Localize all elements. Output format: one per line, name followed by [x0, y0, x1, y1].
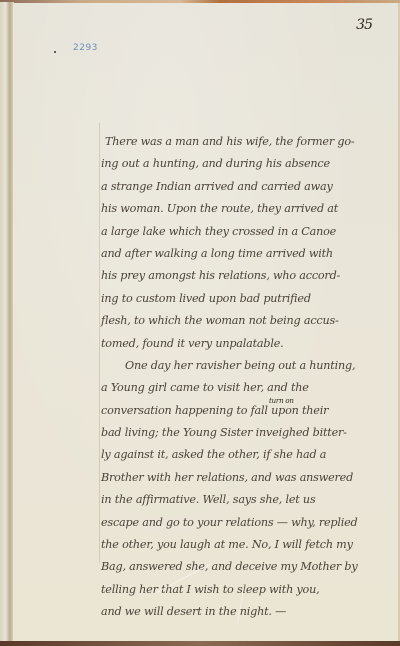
text-line: his prey amongst his relations, who acco… [101, 265, 400, 287]
text-line: Bag, answered she, and deceive my Mother… [101, 556, 400, 578]
ink-dot [54, 51, 56, 53]
text-line: ing out a hunting, and during his absenc… [101, 153, 400, 175]
text-line: bad living; the Young Sister inveighed b… [101, 422, 400, 444]
text-line: conversation happening to fall upon thei… [101, 404, 328, 417]
manuscript-page: 35 2293 There was a man and his wife, th… [13, 3, 400, 643]
text-line-with-edit: conversation happening to fall upon thei… [101, 400, 400, 422]
margin-rule [99, 123, 100, 563]
catalog-number-stamp: 2293 [73, 43, 98, 53]
text-line: Brother with her relations, and was answ… [101, 467, 400, 489]
text-line: a large lake which they crossed in a Can… [101, 221, 400, 243]
text-line: ly against it, asked the other, if she h… [101, 444, 400, 466]
text-line: his woman. Upon the route, they arrived … [101, 198, 400, 220]
text-line: There was a man and his wife, the former… [105, 131, 400, 153]
text-line: a Young girl came to visit her, and the [101, 377, 400, 399]
text-line: telling her that I wish to sleep with yo… [101, 579, 400, 601]
text-line: ing to custom lived upon bad putrified [101, 288, 400, 310]
text-line: tomed, found it very unpalatable. [101, 333, 400, 355]
book-bottom-edge [0, 641, 400, 646]
text-line: flesh, to which the woman not being accu… [101, 310, 400, 332]
text-line: in the affirmative. Well, says she, let … [101, 489, 400, 511]
inserted-correction: turn on [269, 390, 294, 412]
text-line: escape and go to your relations — why, r… [101, 512, 400, 534]
text-line: and after walking a long time arrived wi… [101, 243, 400, 265]
text-line-final: and we will desert in the night. — [101, 601, 400, 623]
text-line: the other, you laugh at me. No, I will f… [101, 534, 400, 556]
book-spread: 35 2293 There was a man and his wife, th… [0, 0, 400, 646]
book-binding [0, 2, 14, 642]
text-line-paragraph-start: One day her ravisher being out a hunting… [105, 355, 400, 377]
page-number: 35 [356, 17, 372, 33]
text-line: a strange Indian arrived and carried awa… [101, 176, 400, 198]
manuscript-text: There was a man and his wife, the former… [105, 131, 400, 624]
